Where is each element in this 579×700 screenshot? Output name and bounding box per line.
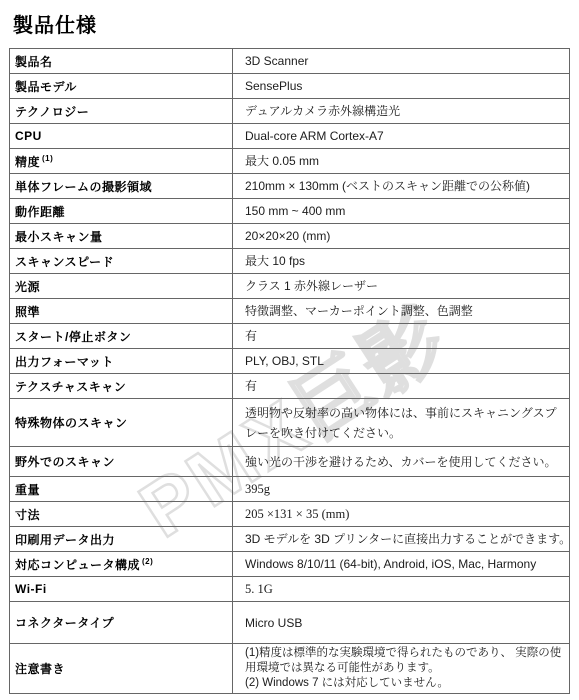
spec-sheet-page: 製品仕様 PMX巨影 製品名 3D Scanner 製品モデル SensePlu… bbox=[0, 0, 579, 700]
table-row: CPU Dual-core ARM Cortex-A7 bbox=[10, 124, 570, 149]
table-row: コネクタータイプ Micro USB bbox=[10, 602, 570, 644]
table-row: 対応コンピュータ構成(2) Windows 8/10/11 (64-bit), … bbox=[10, 552, 570, 577]
spec-label: 対応コンピュータ構成(2) bbox=[10, 552, 233, 577]
spec-label: スキャンスピード bbox=[10, 249, 233, 274]
spec-label: スタート/停止ボタン bbox=[10, 324, 233, 349]
page-title: 製品仕様 bbox=[13, 9, 97, 38]
spec-value: 最大 10 fps bbox=[233, 249, 570, 274]
spec-value: 有 bbox=[233, 324, 570, 349]
spec-value: Windows 8/10/11 (64-bit), Android, iOS, … bbox=[233, 552, 570, 577]
table-row: 寸法 205 ×131 × 35 (mm) bbox=[10, 502, 570, 527]
footnote-marker: (1) bbox=[42, 154, 53, 163]
spec-label: テクノロジー bbox=[10, 99, 233, 124]
table-row: Wi-Fi 5. 1G bbox=[10, 577, 570, 602]
spec-value: Dual-core ARM Cortex-A7 bbox=[233, 124, 570, 149]
spec-value: 有 bbox=[233, 374, 570, 399]
spec-label: 動作距離 bbox=[10, 199, 233, 224]
spec-value: 特徴調整、マーカーポイント調整、色調整 bbox=[233, 299, 570, 324]
table-row: 最小スキャン量 20×20×20 (mm) bbox=[10, 224, 570, 249]
spec-label: 照準 bbox=[10, 299, 233, 324]
table-row: スキャンスピード 最大 10 fps bbox=[10, 249, 570, 274]
spec-value: Micro USB bbox=[233, 602, 570, 644]
spec-label: 野外でのスキャン bbox=[10, 447, 233, 477]
table-row: 野外でのスキャン 強い光の干渉を避けるため、カバーを使用してください。 bbox=[10, 447, 570, 477]
table-row: 単体フレームの撮影領域 210mm × 130mm (ベストのスキャン距離での公… bbox=[10, 174, 570, 199]
spec-value: デュアルカメラ赤外線構造光 bbox=[233, 99, 570, 124]
spec-value: 205 ×131 × 35 (mm) bbox=[233, 502, 570, 527]
spec-label: 光源 bbox=[10, 274, 233, 299]
spec-value: 透明物や反射率の高い物体には、事前にスキャニングスプレーを吹き付けてください。 bbox=[233, 399, 570, 447]
spec-label: コネクタータイプ bbox=[10, 602, 233, 644]
spec-label: 製品モデル bbox=[10, 74, 233, 99]
table-row: スタート/停止ボタン 有 bbox=[10, 324, 570, 349]
spec-value: 最大 0.05 mm bbox=[233, 149, 570, 174]
spec-label: 最小スキャン量 bbox=[10, 224, 233, 249]
spec-value: 20×20×20 (mm) bbox=[233, 224, 570, 249]
table-row: 出力フォーマット PLY, OBJ, STL bbox=[10, 349, 570, 374]
spec-table: 製品名 3D Scanner 製品モデル SensePlus テクノロジー デュ… bbox=[9, 48, 570, 694]
spec-value: PLY, OBJ, STL bbox=[233, 349, 570, 374]
spec-label: 注意書き bbox=[10, 644, 233, 694]
spec-label: 精度(1) bbox=[10, 149, 233, 174]
spec-label: 重量 bbox=[10, 477, 233, 502]
spec-label: 製品名 bbox=[10, 49, 233, 74]
note-line: (1)精度は標準的な実験環境で得られたものであり、 実際の使用環境では異なる可能… bbox=[245, 646, 565, 676]
spec-label: 印刷用データ出力 bbox=[10, 527, 233, 552]
spec-value: 5. 1G bbox=[233, 577, 570, 602]
spec-value: SensePlus bbox=[233, 74, 570, 99]
table-row: 精度(1) 最大 0.05 mm bbox=[10, 149, 570, 174]
spec-label: 単体フレームの撮影領域 bbox=[10, 174, 233, 199]
table-row: 印刷用データ出力 3D モデルを 3D プリンターに直接出力することができます。 bbox=[10, 527, 570, 552]
table-row: テクノロジー デュアルカメラ赤外線構造光 bbox=[10, 99, 570, 124]
table-row: 特殊物体のスキャン 透明物や反射率の高い物体には、事前にスキャニングスプレーを吹… bbox=[10, 399, 570, 447]
spec-label: 特殊物体のスキャン bbox=[10, 399, 233, 447]
spec-label: CPU bbox=[10, 124, 233, 149]
spec-table-body: 製品名 3D Scanner 製品モデル SensePlus テクノロジー デュ… bbox=[10, 49, 570, 694]
footnote-marker: (2) bbox=[142, 557, 153, 566]
table-row: 注意書き (1)精度は標準的な実験環境で得られたものであり、 実際の使用環境では… bbox=[10, 644, 570, 694]
table-row: 照準 特徴調整、マーカーポイント調整、色調整 bbox=[10, 299, 570, 324]
table-row: 動作距離 150 mm ~ 400 mm bbox=[10, 199, 570, 224]
table-row: 製品モデル SensePlus bbox=[10, 74, 570, 99]
spec-label: 寸法 bbox=[10, 502, 233, 527]
spec-value: 強い光の干渉を避けるため、カバーを使用してください。 bbox=[233, 447, 570, 477]
note-line: (2) Windows 7 には対応していません。 bbox=[245, 676, 565, 691]
spec-label: Wi-Fi bbox=[10, 577, 233, 602]
spec-label: 出力フォーマット bbox=[10, 349, 233, 374]
spec-value: 3D モデルを 3D プリンターに直接出力することができます。 bbox=[233, 527, 570, 552]
spec-label: テクスチャスキャン bbox=[10, 374, 233, 399]
spec-value: (1)精度は標準的な実験環境で得られたものであり、 実際の使用環境では異なる可能… bbox=[233, 644, 570, 694]
spec-value: 395g bbox=[233, 477, 570, 502]
spec-value: 150 mm ~ 400 mm bbox=[233, 199, 570, 224]
spec-value: 3D Scanner bbox=[233, 49, 570, 74]
spec-value: 210mm × 130mm (ベストのスキャン距離での公称値) bbox=[233, 174, 570, 199]
table-row: 重量 395g bbox=[10, 477, 570, 502]
table-row: 製品名 3D Scanner bbox=[10, 49, 570, 74]
table-row: テクスチャスキャン 有 bbox=[10, 374, 570, 399]
table-row: 光源 クラス 1 赤外線レーザー bbox=[10, 274, 570, 299]
spec-value: クラス 1 赤外線レーザー bbox=[233, 274, 570, 299]
